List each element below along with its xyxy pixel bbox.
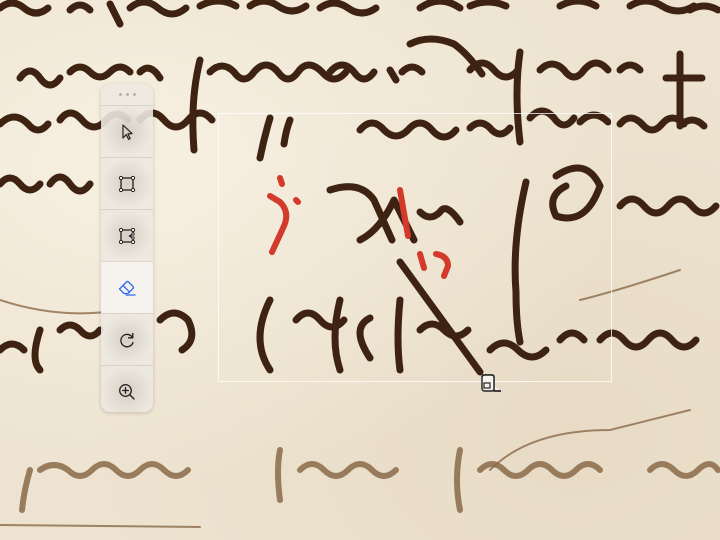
annotation-toolbar [101, 84, 153, 412]
resize-handle[interactable] [479, 374, 503, 396]
eraser-tool-button[interactable] [101, 261, 153, 313]
grip-dot [133, 93, 136, 96]
grip-dot [119, 93, 122, 96]
zoom-in-icon [117, 382, 137, 402]
polygon-icon [117, 226, 137, 246]
rectangle-tool-button[interactable] [101, 157, 153, 209]
select-tool-button[interactable] [101, 105, 153, 157]
rectangle-icon [117, 174, 137, 194]
redo-button[interactable] [101, 313, 153, 365]
zoom-in-button[interactable] [101, 365, 153, 412]
polygon-tool-button[interactable] [101, 209, 153, 261]
grip-dot [126, 93, 129, 96]
pointer-icon [117, 122, 137, 142]
eraser-icon [117, 278, 137, 298]
toolbar-drag-handle[interactable] [101, 84, 153, 105]
resize-handle-icon [479, 374, 503, 396]
selection-rectangle[interactable] [218, 113, 612, 382]
redo-icon [117, 330, 137, 350]
